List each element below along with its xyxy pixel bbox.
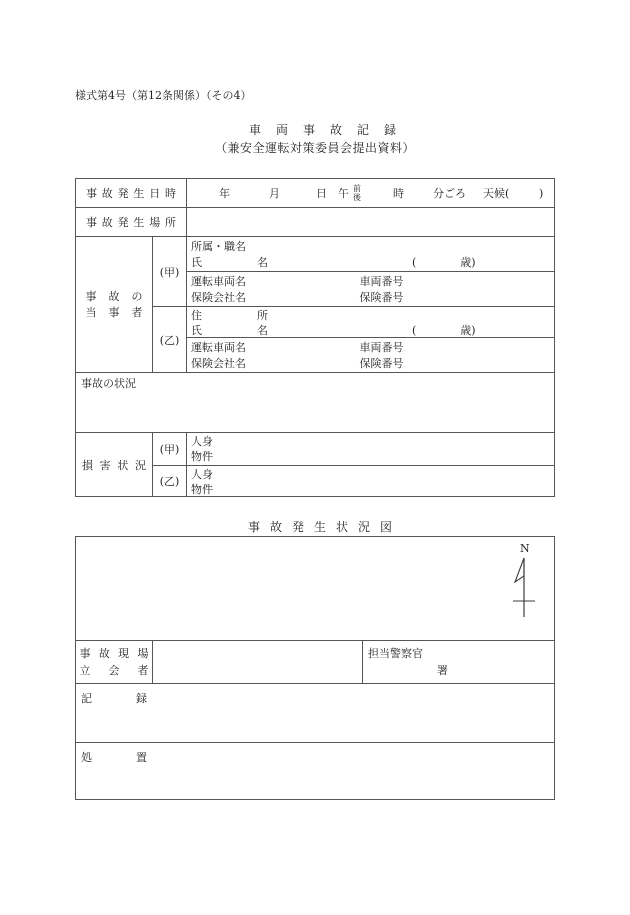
weather-open: 天候( bbox=[483, 179, 509, 208]
datetime-label: 事故発生日時 bbox=[86, 185, 176, 201]
witness-label-line2: 立会者 bbox=[80, 662, 149, 679]
north-arrow: N bbox=[506, 539, 552, 623]
kou-affiliation-label: 所属・職名 bbox=[191, 239, 550, 255]
party-kou-tag-cell: (甲) bbox=[153, 237, 186, 306]
datetime-noon: 午 bbox=[338, 179, 349, 208]
parties-label-line1: 事故の bbox=[86, 289, 143, 305]
damage-otsu-cell: 人身 物件 bbox=[187, 466, 554, 496]
parties-label-line2: 当事者 bbox=[86, 305, 143, 321]
datetime-pm: 後 bbox=[353, 193, 361, 202]
otsu-address-label: 住 所 bbox=[191, 308, 550, 323]
page-subtitle: （兼安全運転対策委員会提出資料） bbox=[75, 139, 555, 156]
party-otsu-vehicle-cell: 運転車両名 車両番号 保険会社名 保険番号 bbox=[187, 338, 554, 372]
party-kou-tag: (甲) bbox=[160, 264, 180, 280]
datetime-field: 年 月 日 午 前後 時 分ごろ 天候( ) bbox=[187, 179, 554, 207]
place-label: 事故発生場所 bbox=[86, 214, 176, 230]
diagram-title: 事故発生状況図 bbox=[75, 518, 565, 535]
damage-kou-tag-cell: (甲) bbox=[153, 433, 186, 465]
damage-label-cell: 損害状況 bbox=[76, 433, 152, 496]
record-label: 記 録 bbox=[81, 692, 147, 705]
otsu-vehicle-label: 運転車両名 bbox=[191, 340, 356, 356]
witness-field bbox=[153, 641, 362, 683]
damage-kou-cell: 人身 物件 bbox=[187, 433, 554, 465]
datetime-day: 日 bbox=[316, 179, 327, 208]
damage-kou-tag: (甲) bbox=[160, 441, 180, 457]
witness-label-cell: 事故現場 立会者 bbox=[76, 641, 152, 683]
party-otsu-identity-cell: 住 所 氏 名 ( 歳) bbox=[187, 307, 554, 337]
place-field bbox=[187, 208, 554, 236]
parties-label-cell: 事故の 当事者 bbox=[76, 237, 152, 372]
form-number: 様式第4号（第12条関係）（その4） bbox=[75, 87, 252, 103]
datetime-month: 月 bbox=[269, 179, 280, 208]
accident-table: 事故発生日時 年 月 日 午 前後 時 分ごろ 天候( ) 事故発生場所 事故の… bbox=[75, 178, 555, 497]
otsu-vehicle-no-label: 車両番号 bbox=[360, 341, 404, 354]
datetime-label-cell: 事故発生日時 bbox=[76, 179, 186, 207]
station-label: 署 bbox=[363, 662, 554, 679]
damage-otsu-tag-cell: (乙) bbox=[153, 466, 186, 496]
party-kou-vehicle-cell: 運転車両名 車両番号 保険会社名 保険番号 bbox=[187, 272, 554, 306]
damage-kou-personal: 人身 bbox=[191, 434, 550, 449]
damage-kou-property: 物件 bbox=[191, 449, 550, 464]
record-cell: 記 録 bbox=[76, 684, 554, 742]
damage-label: 損害状況 bbox=[82, 457, 146, 473]
place-label-cell: 事故発生場所 bbox=[76, 208, 186, 236]
disposition-cell: 処 置 bbox=[76, 743, 554, 801]
weather-close: ) bbox=[539, 179, 543, 208]
kou-name-label: 氏 名 bbox=[191, 256, 268, 269]
party-kou-identity-cell: 所属・職名 氏 名 ( 歳) bbox=[187, 237, 554, 271]
otsu-policy-no-label: 保険番号 bbox=[360, 357, 404, 370]
damage-otsu-tag: (乙) bbox=[160, 473, 180, 489]
kou-vehicle-label: 運転車両名 bbox=[191, 274, 356, 290]
otsu-age-label: ( 歳) bbox=[412, 323, 476, 338]
situation-cell: 事故の状況 bbox=[76, 373, 554, 432]
page-title: 車両事故記録 bbox=[75, 121, 570, 138]
damage-otsu-personal: 人身 bbox=[191, 467, 550, 482]
diagram-canvas: N bbox=[76, 537, 554, 640]
datetime-ampm: 前後 bbox=[353, 184, 361, 202]
party-otsu-tag: (乙) bbox=[160, 332, 180, 348]
damage-otsu-property: 物件 bbox=[191, 482, 550, 497]
otsu-name-label: 氏 名 bbox=[191, 324, 268, 337]
witness-label-line1: 事故現場 bbox=[80, 645, 149, 662]
datetime-minute: 分ごろ bbox=[433, 179, 466, 208]
form-page: 様式第4号（第12条関係）（その4） 車両事故記録 （兼安全運転対策委員会提出資… bbox=[0, 0, 630, 915]
datetime-am: 前 bbox=[353, 184, 361, 193]
kou-insurer-label: 保険会社名 bbox=[191, 290, 356, 306]
situation-label: 事故の状況 bbox=[81, 377, 136, 390]
datetime-hour: 時 bbox=[393, 179, 404, 208]
datetime-year: 年 bbox=[219, 179, 230, 208]
north-arrow-pennant bbox=[515, 558, 524, 582]
north-arrow-graphic: N bbox=[506, 539, 552, 623]
kou-age-label: ( 歳) bbox=[412, 255, 476, 271]
north-label: N bbox=[520, 542, 530, 555]
diagram-table: N 事故現場 立会者 担当警察官 署 記 録 処 置 bbox=[75, 536, 555, 800]
otsu-insurer-label: 保険会社名 bbox=[191, 356, 356, 372]
kou-vehicle-no-label: 車両番号 bbox=[360, 275, 404, 288]
party-otsu-tag-cell: (乙) bbox=[153, 307, 186, 372]
police-cell: 担当警察官 署 bbox=[363, 641, 554, 683]
kou-policy-no-label: 保険番号 bbox=[360, 291, 404, 304]
police-label: 担当警察官 bbox=[363, 645, 554, 662]
disposition-label: 処 置 bbox=[81, 751, 147, 764]
